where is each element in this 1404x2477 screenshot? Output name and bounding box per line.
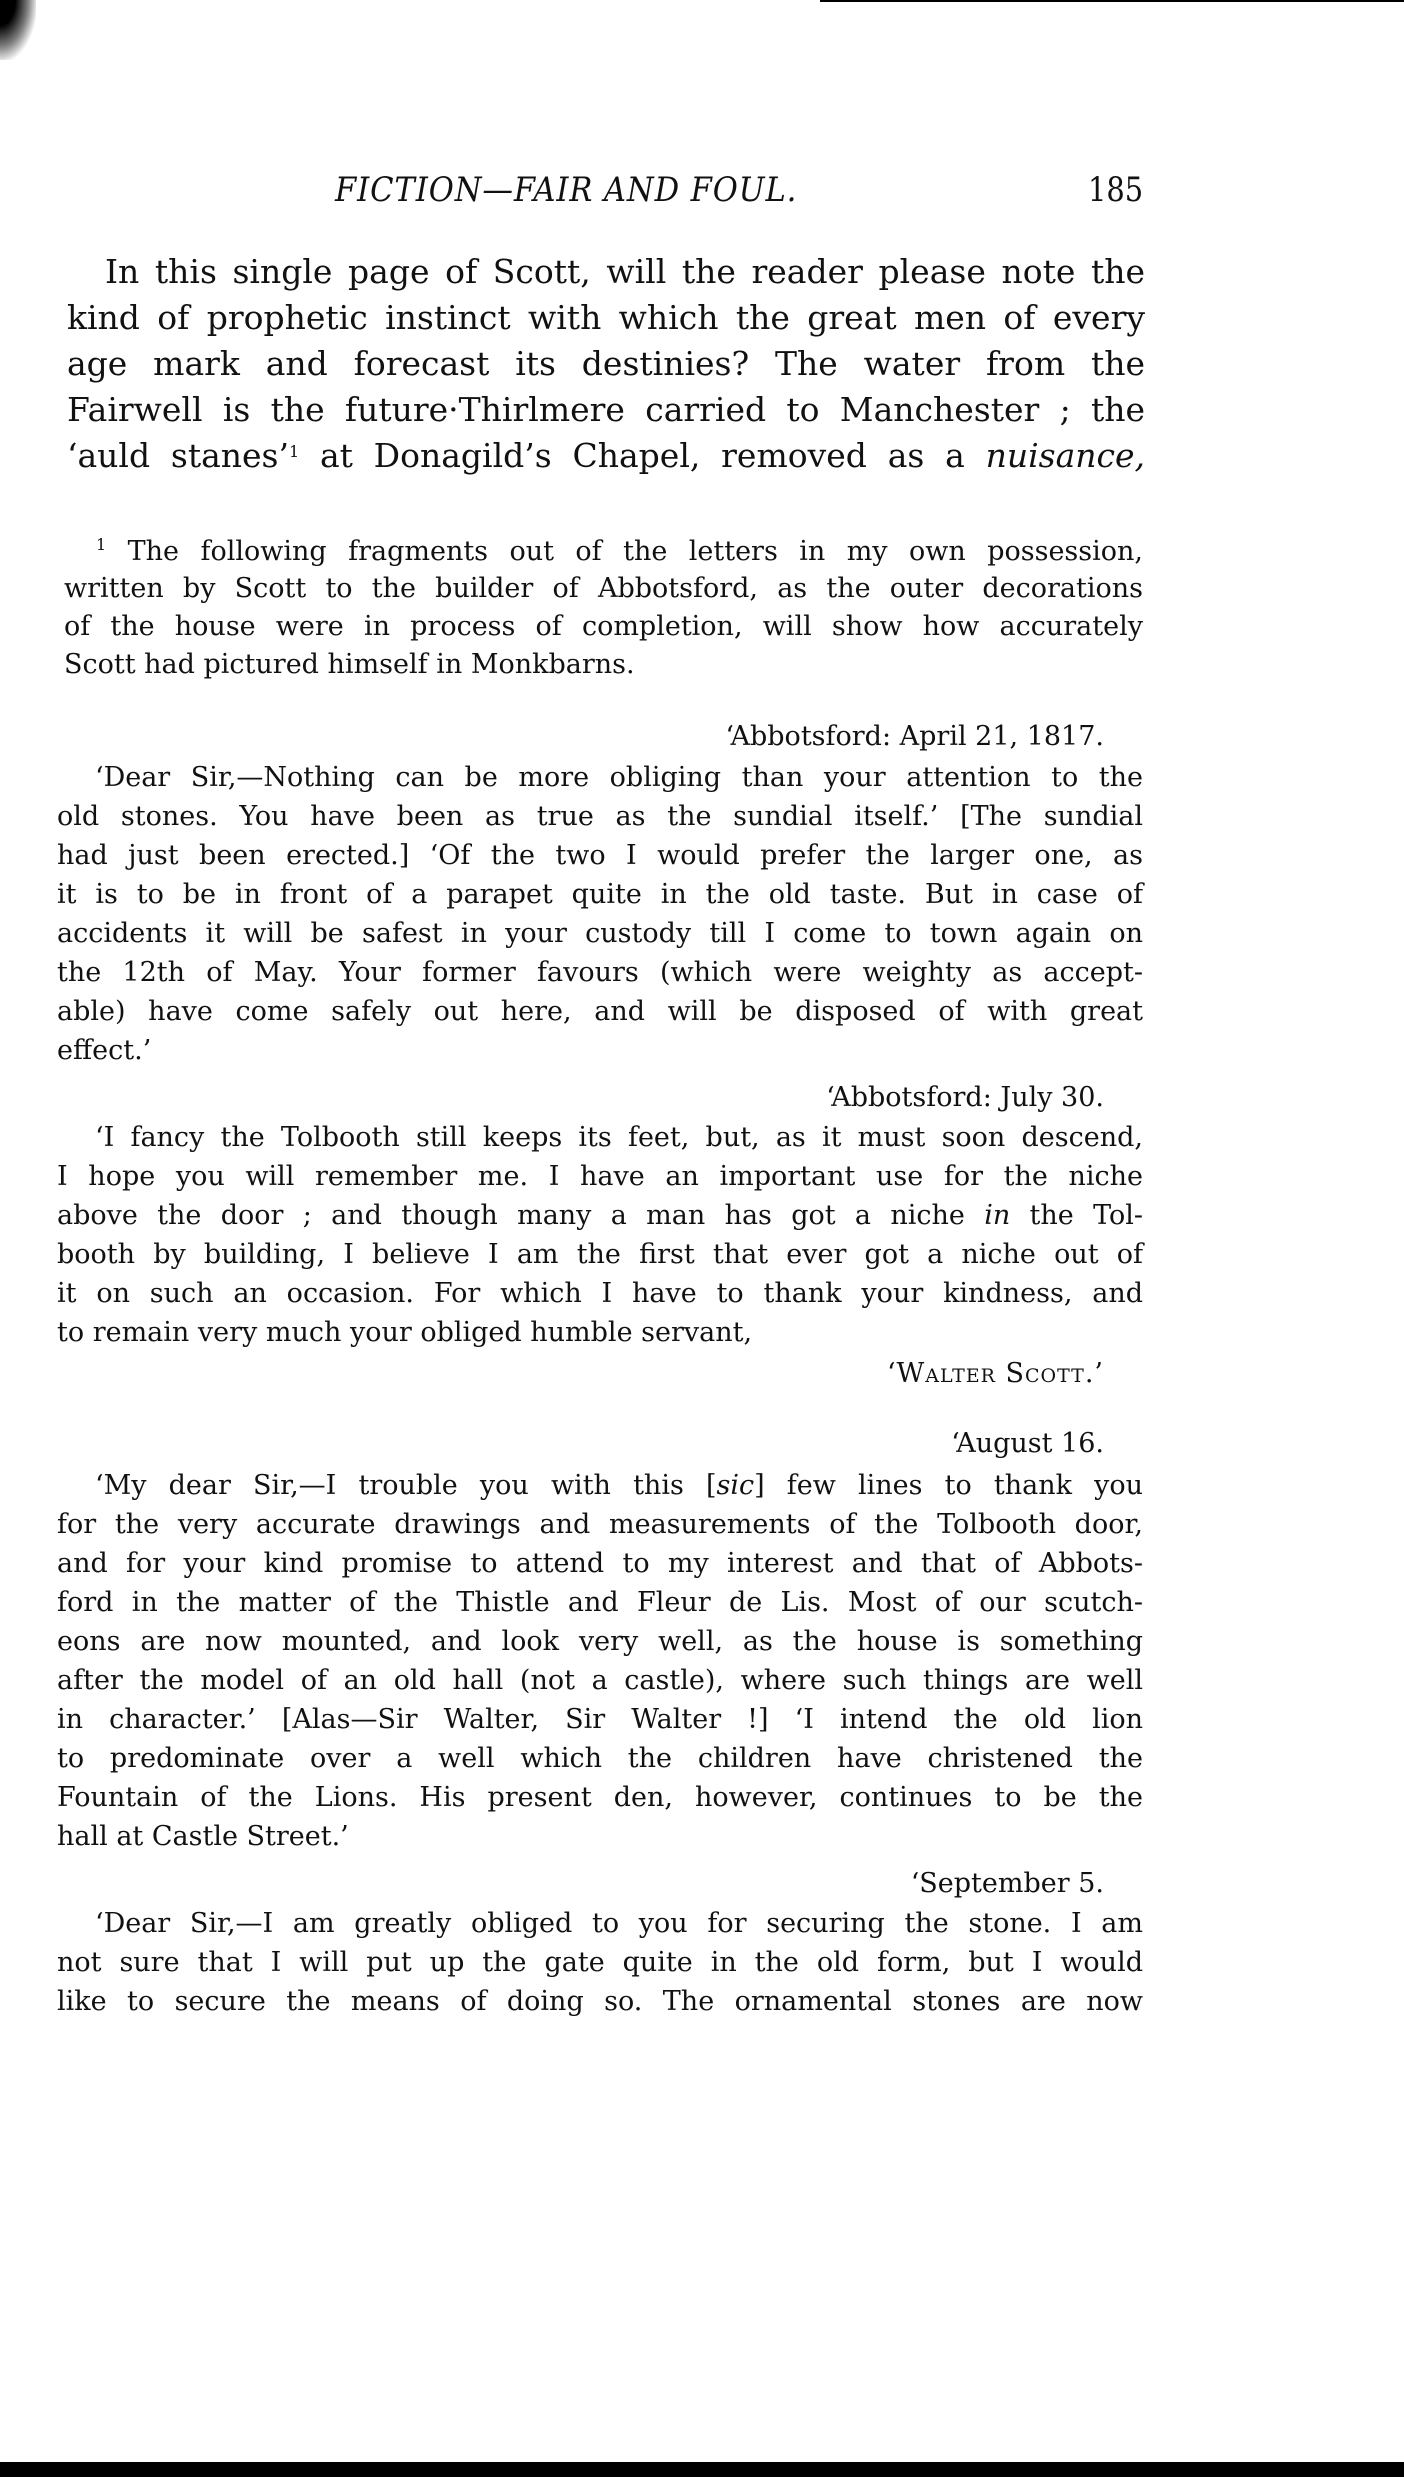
letter-italic-text: sic [716, 1470, 754, 1501]
body-italic-text: nuisance, [986, 436, 1145, 475]
letter-line: not sure that I will put up the gate qui… [57, 1947, 1143, 1978]
letter-line: the 12th of May. Your former favours (wh… [57, 957, 1143, 988]
letter-dateline: ‘August 16. [951, 1428, 1104, 1459]
footnote-text: The following fragments out of the lette… [128, 536, 1143, 567]
letter-line: in character.’ [Alas—Sir Walter, Sir Wal… [57, 1704, 1143, 1735]
body-line: kind of prophetic instinct with which th… [67, 298, 1145, 337]
letter-text: above the door ; and though many a man h… [57, 1200, 965, 1231]
scan-top-edge [820, 0, 1404, 2]
scan-corner-shadow [0, 0, 36, 60]
letter-line: ‘My dear Sir,—I trouble you with this [s… [95, 1470, 1143, 1501]
body-line: Fairwell is the future·Thirlmere carried… [67, 390, 1145, 429]
letter-line: ‘I fancy the Tolbooth still keeps its fe… [95, 1122, 1143, 1153]
body-line: In this single page of Scott, will the r… [105, 252, 1145, 291]
letter-line: able) have come safely out here, and wil… [57, 996, 1143, 1027]
letter-line: to remain very much your obliged humble … [57, 1317, 1143, 1348]
letter-dateline: ‘Abbotsford: July 30. [826, 1082, 1104, 1113]
letter-dateline: ‘September 5. [911, 1868, 1104, 1899]
letter-line: had just been erected.] ‘Of the two I wo… [57, 840, 1143, 871]
letter-text: ] few lines to thank you [754, 1470, 1143, 1501]
letter-line: to predominate over a well which the chi… [57, 1743, 1143, 1774]
letter-line: eons are now mounted, and look very well… [57, 1626, 1143, 1657]
letter-line: booth by building, I believe I am the fi… [57, 1239, 1143, 1270]
footnote-line: 1 The following fragments out of the let… [96, 535, 1143, 567]
letter-text: the Tol- [1030, 1200, 1143, 1231]
letter-line: it on such an occasion. For which I have… [57, 1278, 1143, 1309]
footnote-line: of the house were in process of completi… [64, 611, 1143, 642]
page-number: 185 [1088, 170, 1143, 210]
letter-line: above the door ; and though many a man h… [57, 1200, 1143, 1231]
body-text: ‘auld stanes’ [67, 436, 289, 475]
book-page: FICTION—FAIR AND FOUL. 185 In this singl… [0, 0, 1404, 2477]
letter-line: like to secure the means of doing so. Th… [57, 1986, 1143, 2017]
letter-line: hall at Castle Street.’ [57, 1821, 1143, 1852]
letter-signature: ‘Walter Scott.’ [887, 1358, 1104, 1389]
footnote-line: written by Scott to the builder of Abbot… [64, 573, 1143, 604]
scan-bottom-edge [0, 2462, 1404, 2477]
letter-line: ‘Dear Sir,—Nothing can be more obliging … [95, 762, 1143, 793]
letter-line: Fountain of the Lions. His present den, … [57, 1782, 1143, 1813]
letter-line: after the model of an old hall (not a ca… [57, 1665, 1143, 1696]
letter-text: ‘My dear Sir,—I trouble you with this [ [95, 1470, 716, 1501]
letter-line: accidents it will be safest in your cust… [57, 918, 1143, 949]
body-line: age mark and forecast its destinies? The… [67, 344, 1145, 383]
letter-italic-text: in [984, 1200, 1010, 1231]
letter-line: for the very accurate drawings and measu… [57, 1509, 1143, 1540]
body-text: at Donagild’s Chapel, removed as a [320, 436, 965, 475]
body-line: ‘auld stanes’1 at Donagild’s Chapel, rem… [67, 436, 1145, 475]
letter-dateline: ‘Abbotsford: April 21, 1817. [725, 721, 1104, 752]
letter-line: I hope you will remember me. I have an i… [57, 1161, 1143, 1192]
footnote-reference[interactable]: 1 [289, 442, 299, 461]
letter-line: effect.’ [57, 1035, 1143, 1066]
letter-line: and for your kind promise to attend to m… [57, 1548, 1143, 1579]
letter-line: it is to be in front of a parapet quite … [57, 879, 1143, 910]
footnote-line: Scott had pictured himself in Monkbarns. [64, 649, 1143, 680]
footnote-marker: 1 [96, 535, 106, 554]
running-title: FICTION—FAIR AND FOUL. [335, 170, 797, 210]
letter-line: old stones. You have been as true as the… [57, 801, 1143, 832]
letter-line: ‘Dear Sir,—I am greatly obliged to you f… [95, 1908, 1143, 1939]
letter-line: ford in the matter of the Thistle and Fl… [57, 1587, 1143, 1618]
